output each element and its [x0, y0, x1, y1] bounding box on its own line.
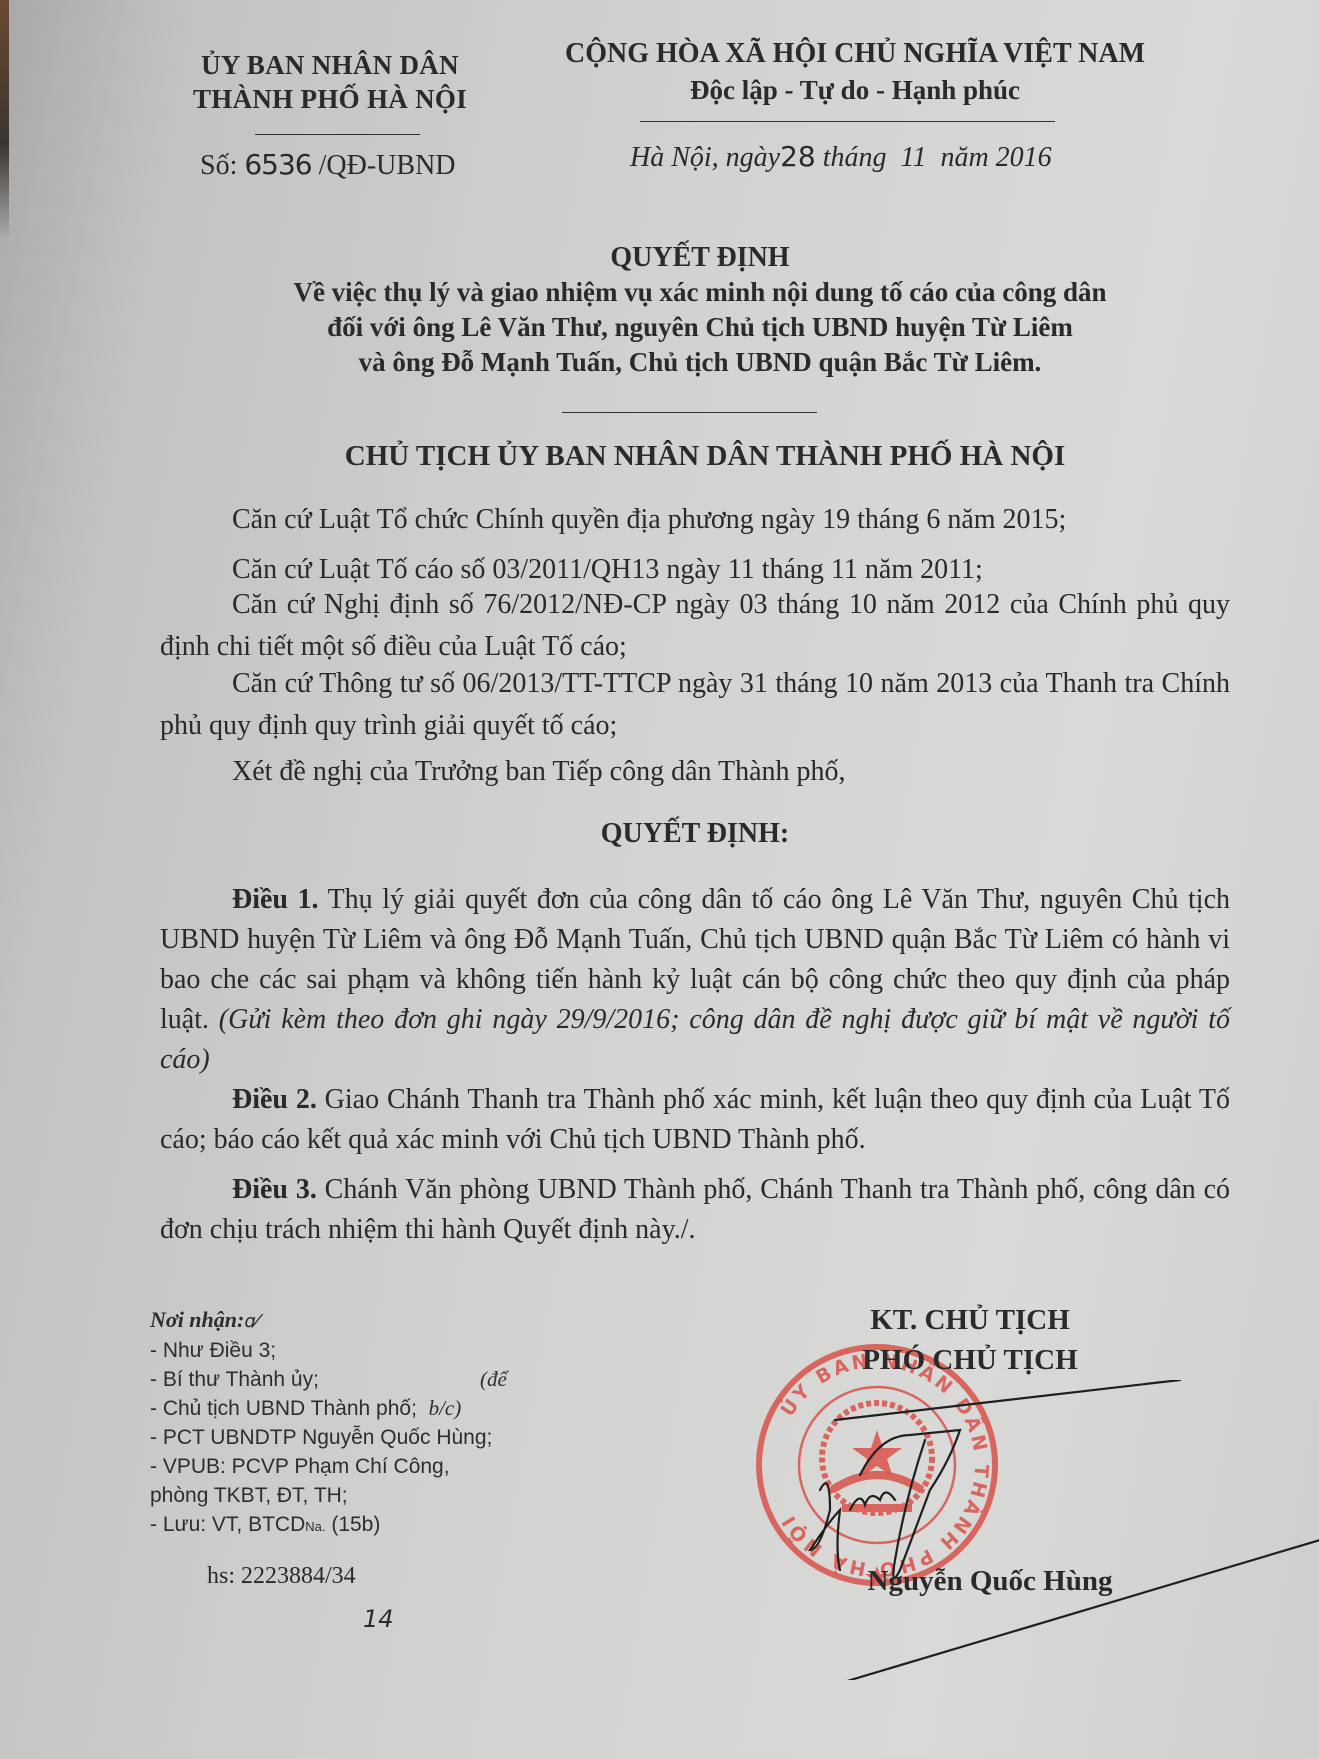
- recipient-text: - Chủ tịch UBND Thành phố;: [150, 1397, 417, 1420]
- national-header: CỘNG HÒA XÃ HỘI CHỦ NGHĨA VIỆT NAM Độc l…: [520, 36, 1190, 108]
- header-left-divider: [255, 134, 420, 135]
- legal-basis-1: Căn cứ Luật Tổ chức Chính quyền địa phươ…: [160, 500, 1230, 540]
- recipient-text: - Lưu: VT, BTCD: [150, 1513, 305, 1536]
- recipients-heading: Nơi nhận:: [150, 1307, 244, 1332]
- recipient-item: - Như Điều 3;: [150, 1336, 570, 1365]
- number-suffix: /QĐ-UBND: [312, 150, 456, 181]
- recipient-item: - Lưu: VT, BTCDNa. (15b): [150, 1510, 570, 1541]
- recipient-item: phòng TKBT, ĐT, TH;: [150, 1481, 570, 1510]
- article-3-label: Điều 3.: [232, 1174, 317, 1205]
- date-month: 11: [901, 142, 927, 173]
- article-3-text: Chánh Văn phòng UBND Thành phố, Chánh Th…: [160, 1174, 1230, 1245]
- authority-heading: CHỦ TỊCH ỦY BAN NHÂN DÂN THÀNH PHỐ HÀ NỘ…: [200, 440, 1210, 473]
- recipient-text: - Bí thư Thành ủy;: [150, 1368, 319, 1391]
- article-3: Điều 3. Chánh Văn phòng UBND Thành phố, …: [160, 1170, 1230, 1250]
- subject-line-2: đối với ông Lê Văn Thư, nguyên Chủ tịch …: [200, 310, 1200, 345]
- archive-initials: Na.: [305, 1519, 325, 1534]
- article-2: Điều 2. Giao Chánh Thanh tra Thành phố x…: [160, 1080, 1230, 1160]
- decision-title: QUYẾT ĐỊNH Về việc thụ lý và giao nhiệm …: [200, 240, 1200, 380]
- subject-line-3: và ông Đỗ Mạnh Tuấn, Chủ tịch UBND quận …: [200, 345, 1200, 380]
- legal-basis-3: Căn cứ Nghị định số 76/2012/NĐ-CP ngày 0…: [160, 584, 1230, 668]
- article-2-text: Giao Chánh Thanh tra Thành phố xác minh,…: [160, 1084, 1230, 1155]
- article-1-label: Điều 1.: [232, 884, 319, 915]
- org-line-1: ỦY BAN NHÂN DÂN: [160, 48, 500, 82]
- signer-position: PHÓ CHỦ TỊCH: [820, 1340, 1120, 1380]
- number-prefix: Số:: [200, 150, 244, 181]
- issuing-authority: ỦY BAN NHÂN DÂN THÀNH PHỐ HÀ NỘI: [160, 48, 500, 116]
- recipients-list: Nơi nhận:ɑ⁄ - Như Điều 3; - Bí thư Thành…: [150, 1305, 570, 1541]
- signer-name: Nguyễn Quốc Hùng: [830, 1565, 1150, 1598]
- issue-date: Hà Nội, ngày28 tháng 11 năm 2016: [630, 140, 1052, 174]
- country-name: CỘNG HÒA XÃ HỘI CHỦ NGHĨA VIỆT NAM: [520, 36, 1190, 72]
- photo-edge: [0, 0, 9, 240]
- handwritten-mark-icon: ɑ⁄: [244, 1311, 258, 1332]
- report-note: b/c): [429, 1396, 462, 1420]
- header-right-divider: [640, 121, 1055, 122]
- org-line-2: THÀNH PHỐ HÀ NỘI: [160, 82, 500, 116]
- recipient-item: - VPUB: PCVP Phạm Chí Công,: [150, 1452, 570, 1481]
- decision-heading: QUYẾT ĐỊNH: [200, 240, 1200, 275]
- article-1: Điều 1. Thụ lý giải quyết đơn của công d…: [160, 880, 1230, 1080]
- article-1-note: (Gửi kèm theo đơn ghi ngày 29/9/2016; cô…: [160, 1004, 1230, 1075]
- subject-line-1: Về việc thụ lý và giao nhiệm vụ xác minh…: [200, 275, 1200, 310]
- handwritten-page-number: 14: [363, 1605, 394, 1633]
- legal-basis-4: Căn cứ Thông tư số 06/2013/TT-TTCP ngày …: [160, 663, 1230, 747]
- decision-articles-heading: QUYẾT ĐỊNH:: [160, 818, 1230, 850]
- recipient-item: - PCT UBNDTP Nguyễn Quốc Hùng;: [150, 1423, 570, 1452]
- recommendation-basis: Xét đề nghị của Trưởng ban Tiếp công dân…: [160, 752, 1230, 792]
- recipient-item: - Chủ tịch UBND Thành phố; b/c): [150, 1394, 570, 1423]
- archive-copies: (15b): [326, 1513, 381, 1536]
- date-prefix: Hà Nội, ngày: [630, 142, 780, 173]
- report-note: (để: [480, 1365, 507, 1394]
- signature-title: KT. CHỦ TỊCH PHÓ CHỦ TỊCH: [820, 1300, 1120, 1380]
- article-2-label: Điều 2.: [232, 1084, 317, 1115]
- date-month-label: tháng: [816, 142, 894, 173]
- title-divider: [562, 412, 817, 413]
- document-number: Số: 6536 /QĐ-UBND: [200, 148, 456, 182]
- date-day: 28: [780, 140, 816, 173]
- date-year: năm 2016: [933, 142, 1051, 173]
- handwritten-number: 6536: [244, 148, 311, 181]
- recipient-item: - Bí thư Thành ủy;(để: [150, 1365, 570, 1394]
- national-motto: Độc lập - Tự do - Hạnh phúc: [520, 72, 1190, 108]
- file-reference: hs: 2223884/34: [207, 1563, 356, 1590]
- on-behalf-label: KT. CHỦ TỊCH: [820, 1300, 1120, 1340]
